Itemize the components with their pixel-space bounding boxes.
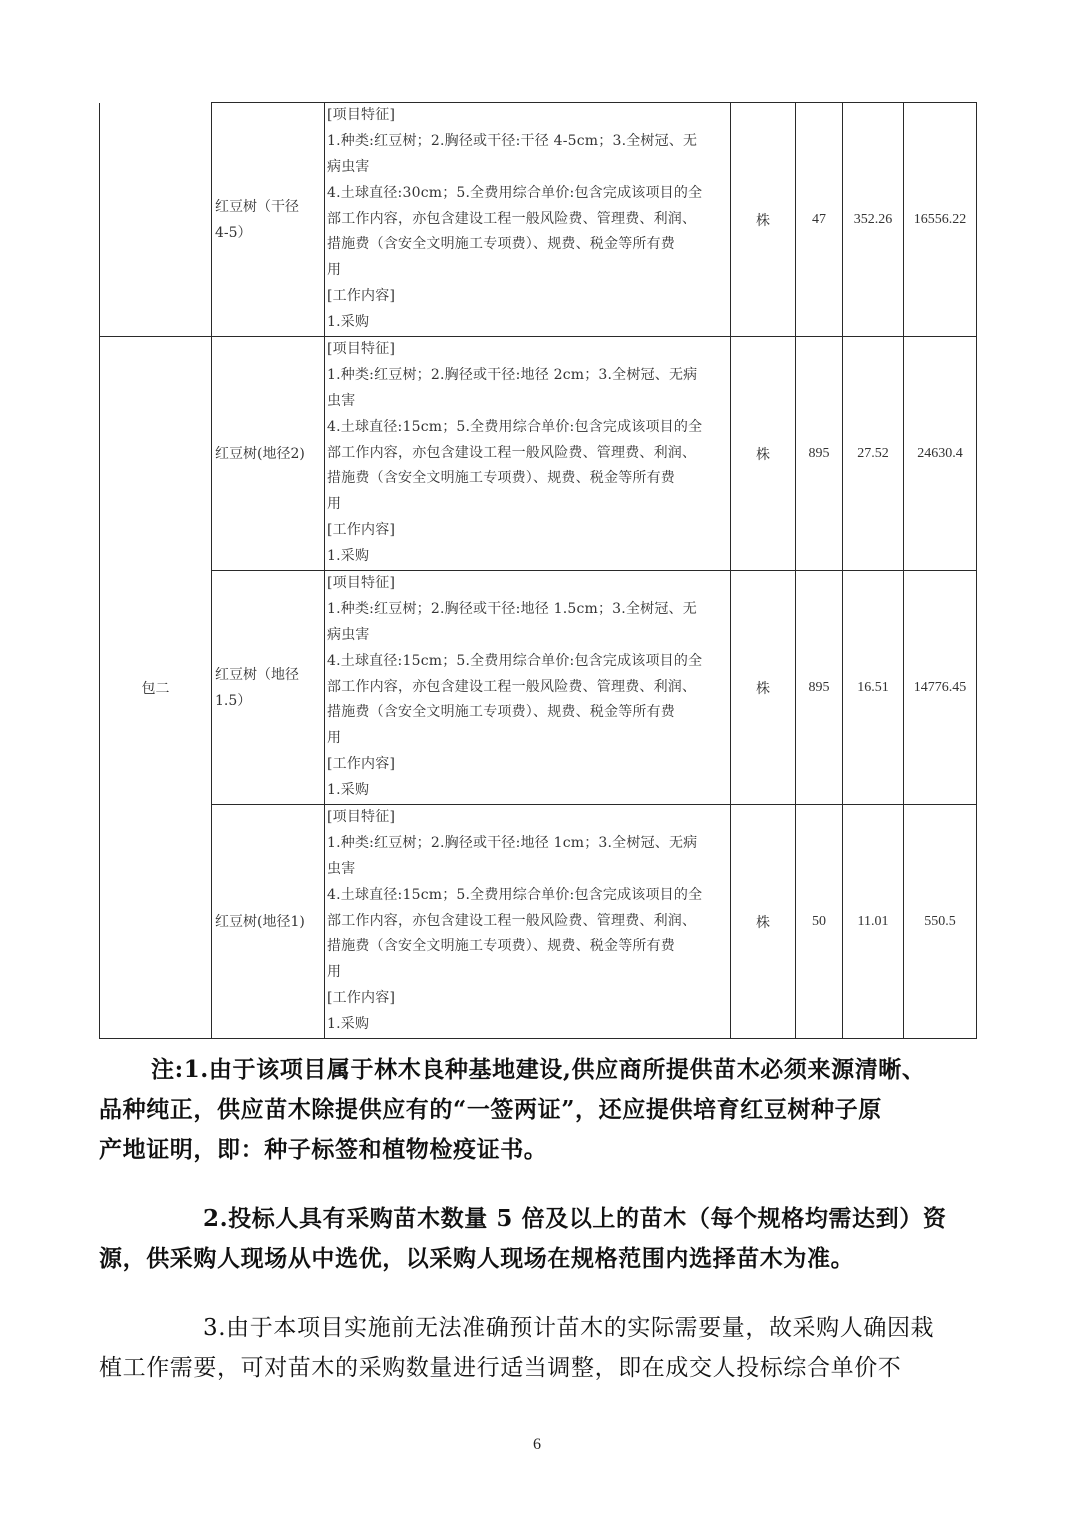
unit-price-cell: 27.52 xyxy=(843,337,904,571)
unit-price-cell: 352.26 xyxy=(843,103,904,337)
bill-of-quantities-table: 红豆树（干径 4-5） [项目特征] 1.种类:红豆树；2.胸径或干径:干径 4… xyxy=(99,102,977,1039)
item-description-cell: [项目特征] 1.种类:红豆树；2.胸径或干径:地径 1cm；3.全树冠、无病 … xyxy=(325,805,731,1039)
unit-cell: 株 xyxy=(731,103,796,337)
item-name-cell: 红豆树（干径 4-5） xyxy=(212,103,325,337)
quantity-cell: 50 xyxy=(796,805,843,1039)
description-line: [项目特征] xyxy=(327,805,728,831)
description-line: 用 xyxy=(327,726,728,752)
item-name-cell: 红豆树(地径1) xyxy=(212,805,325,1039)
note-3: 3.由于本项目实施前无法准确预计苗木的实际需要量，故采购人确因栽 植工作需要，可… xyxy=(99,1308,979,1388)
description-line: [工作内容] xyxy=(327,518,728,544)
table-row: 红豆树（干径 4-5） [项目特征] 1.种类:红豆树；2.胸径或干径:干径 4… xyxy=(100,103,977,337)
document-page: 红豆树（干径 4-5） [项目特征] 1.种类:红豆树；2.胸径或干径:干径 4… xyxy=(0,0,1074,1520)
table-row: 红豆树（地径 1.5） [项目特征] 1.种类:红豆树；2.胸径或干径:地径 1… xyxy=(100,571,977,805)
description-line: 病虫害 xyxy=(327,155,728,181)
description-line: [项目特征] xyxy=(327,571,728,597)
description-line: 用 xyxy=(327,258,728,284)
description-line: [项目特征] xyxy=(327,337,728,363)
unit-price-cell: 11.01 xyxy=(843,805,904,1039)
quantity-cell: 895 xyxy=(796,571,843,805)
note-line: 品种纯正，供应苗木除提供应有的“一签两证”，还应提供培育红豆树种子原 xyxy=(99,1090,979,1130)
description-line: [工作内容] xyxy=(327,986,728,1012)
item-name-cell: 红豆树(地径2) xyxy=(212,337,325,571)
item-name-line: 4-5） xyxy=(215,220,322,246)
note-line: 注:1.由于该项目属于林木良种基地建设,供应商所提供苗木必须来源清晰、 xyxy=(99,1050,979,1090)
unit-cell: 株 xyxy=(731,805,796,1039)
description-line: 1.采购 xyxy=(327,544,728,570)
unit-cell: 株 xyxy=(731,337,796,571)
note-line: 3.由于本项目实施前无法准确预计苗木的实际需要量，故采购人确因栽 xyxy=(99,1308,979,1348)
note-line: 2.投标人具有采购苗木数量 5 倍及以上的苗木（每个规格均需达到）资 xyxy=(99,1199,979,1239)
table-row: 包二 红豆树(地径2) [项目特征] 1.种类:红豆树；2.胸径或干径:地径 2… xyxy=(100,337,977,571)
description-line: 措施费（含安全文明施工专项费）、规费、税金等所有费 xyxy=(327,700,728,726)
description-line: 措施费（含安全文明施工专项费）、规费、税金等所有费 xyxy=(327,466,728,492)
unit-price-cell: 16.51 xyxy=(843,571,904,805)
description-line: [项目特征] xyxy=(327,103,728,129)
package-cell: 包二 xyxy=(100,337,212,1039)
table-row: 红豆树(地径1) [项目特征] 1.种类:红豆树；2.胸径或干径:地径 1cm；… xyxy=(100,805,977,1039)
notes-section: 注:1.由于该项目属于林木良种基地建设,供应商所提供苗木必须来源清晰、 品种纯正… xyxy=(99,1050,979,1388)
description-line: [工作内容] xyxy=(327,752,728,778)
description-line: 4.土球直径:15cm；5.全费用综合单价:包含完成该项目的全 xyxy=(327,415,728,441)
description-line: 1.种类:红豆树；2.胸径或干径:地径 2cm；3.全树冠、无病 xyxy=(327,363,728,389)
total-cell: 16556.22 xyxy=(904,103,977,337)
total-cell: 24630.4 xyxy=(904,337,977,571)
description-line: 部工作内容，亦包含建设工程一般风险费、管理费、利润、 xyxy=(327,675,728,701)
description-line: 部工作内容，亦包含建设工程一般风险费、管理费、利润、 xyxy=(327,909,728,935)
description-line: [工作内容] xyxy=(327,284,728,310)
page-number: 6 xyxy=(0,1436,1074,1454)
item-description-cell: [项目特征] 1.种类:红豆树；2.胸径或干径:干径 4-5cm；3.全树冠、无… xyxy=(325,103,731,337)
description-line: 虫害 xyxy=(327,857,728,883)
description-line: 部工作内容，亦包含建设工程一般风险费、管理费、利润、 xyxy=(327,441,728,467)
item-name-cell: 红豆树（地径 1.5） xyxy=(212,571,325,805)
item-name-line: 红豆树(地径2) xyxy=(215,441,322,467)
note-2: 2.投标人具有采购苗木数量 5 倍及以上的苗木（每个规格均需达到）资 源，供采购… xyxy=(99,1199,979,1279)
item-name-line: 1.5） xyxy=(215,688,322,714)
description-line: 1.种类:红豆树；2.胸径或干径:干径 4-5cm；3.全树冠、无 xyxy=(327,129,728,155)
description-line: 1.种类:红豆树；2.胸径或干径:地径 1.5cm；3.全树冠、无 xyxy=(327,597,728,623)
description-line: 1.采购 xyxy=(327,310,728,336)
description-line: 用 xyxy=(327,960,728,986)
quantity-cell: 895 xyxy=(796,337,843,571)
description-line: 1.采购 xyxy=(327,1012,728,1038)
total-cell: 550.5 xyxy=(904,805,977,1039)
description-line: 4.土球直径:30cm；5.全费用综合单价:包含完成该项目的全 xyxy=(327,181,728,207)
description-line: 病虫害 xyxy=(327,623,728,649)
description-line: 1.种类:红豆树；2.胸径或干径:地径 1cm；3.全树冠、无病 xyxy=(327,831,728,857)
total-cell: 14776.45 xyxy=(904,571,977,805)
item-description-cell: [项目特征] 1.种类:红豆树；2.胸径或干径:地径 1.5cm；3.全树冠、无… xyxy=(325,571,731,805)
description-line: 措施费（含安全文明施工专项费）、规费、税金等所有费 xyxy=(327,934,728,960)
note-line: 源，供采购人现场从中选优，以采购人现场在规格范围内选择苗木为准。 xyxy=(99,1239,979,1279)
description-line: 措施费（含安全文明施工专项费）、规费、税金等所有费 xyxy=(327,232,728,258)
item-name-line: 红豆树(地径1) xyxy=(215,909,322,935)
unit-cell: 株 xyxy=(731,571,796,805)
description-line: 4.土球直径:15cm；5.全费用综合单价:包含完成该项目的全 xyxy=(327,649,728,675)
item-description-cell: [项目特征] 1.种类:红豆树；2.胸径或干径:地径 2cm；3.全树冠、无病 … xyxy=(325,337,731,571)
note-1: 注:1.由于该项目属于林木良种基地建设,供应商所提供苗木必须来源清晰、 品种纯正… xyxy=(99,1050,979,1170)
description-line: 虫害 xyxy=(327,389,728,415)
package-cell xyxy=(100,103,212,337)
item-name-line: 红豆树（地径 xyxy=(215,662,322,688)
quantity-cell: 47 xyxy=(796,103,843,337)
description-line: 1.采购 xyxy=(327,778,728,804)
description-line: 部工作内容，亦包含建设工程一般风险费、管理费、利润、 xyxy=(327,207,728,233)
note-line: 植工作需要，可对苗木的采购数量进行适当调整，即在成交人投标综合单价不 xyxy=(99,1348,979,1388)
item-name-line: 红豆树（干径 xyxy=(215,194,322,220)
description-line: 4.土球直径:15cm；5.全费用综合单价:包含完成该项目的全 xyxy=(327,883,728,909)
description-line: 用 xyxy=(327,492,728,518)
note-line: 产地证明，即：种子标签和植物检疫证书。 xyxy=(99,1130,979,1170)
